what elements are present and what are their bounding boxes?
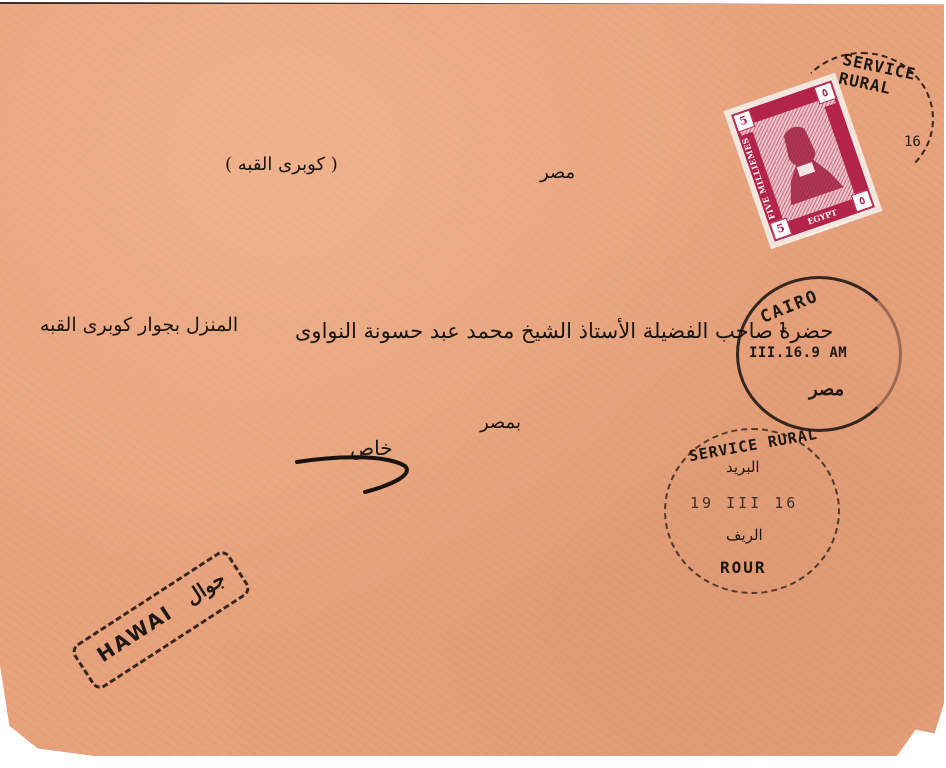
postmark-label: SERVICE RURAL [837,50,935,106]
postmark-service-rural: SERVICE RURAL البريد 19 III 16 الريف ROU… [664,428,840,594]
box-handstamp-arabic: جوال [176,559,234,616]
handwritten-city-bottom: بمصر [480,412,521,433]
postmark-arabic-bottom: الريف [726,526,763,544]
postmark-cairo: CAIRO 1 III.16.9 AM مصر [736,276,902,432]
postmark-date: 16 [904,134,921,150]
envelope: ( كوبرى القبه ) مصر حضرة صاحب الفضيلة ال… [0,2,944,756]
signature-flourish [295,444,415,494]
postmark-label-bottom: ROUR [720,558,767,577]
box-handstamp-latin: HAWAI [88,593,181,673]
postmark-date: III.16.9 AM [749,345,847,361]
handwritten-city-top: مصر [540,162,575,183]
postmark-number: 1 [779,321,787,336]
postmark-city: CAIRO [757,286,821,327]
postmark-date: 19 III 16 [690,494,798,512]
postmark-arabic: مصر [809,379,844,400]
handwritten-location: المنزل بجوار كوبرى القبه [40,314,238,336]
box-handstamp: HAWAI جوال [69,548,253,693]
postmark-arabic-top: البريد [726,458,760,476]
handwritten-district: ( كوبرى القبه ) [225,154,338,175]
postmark-service-rural-top: SERVICE RURAL 16 [790,52,934,186]
